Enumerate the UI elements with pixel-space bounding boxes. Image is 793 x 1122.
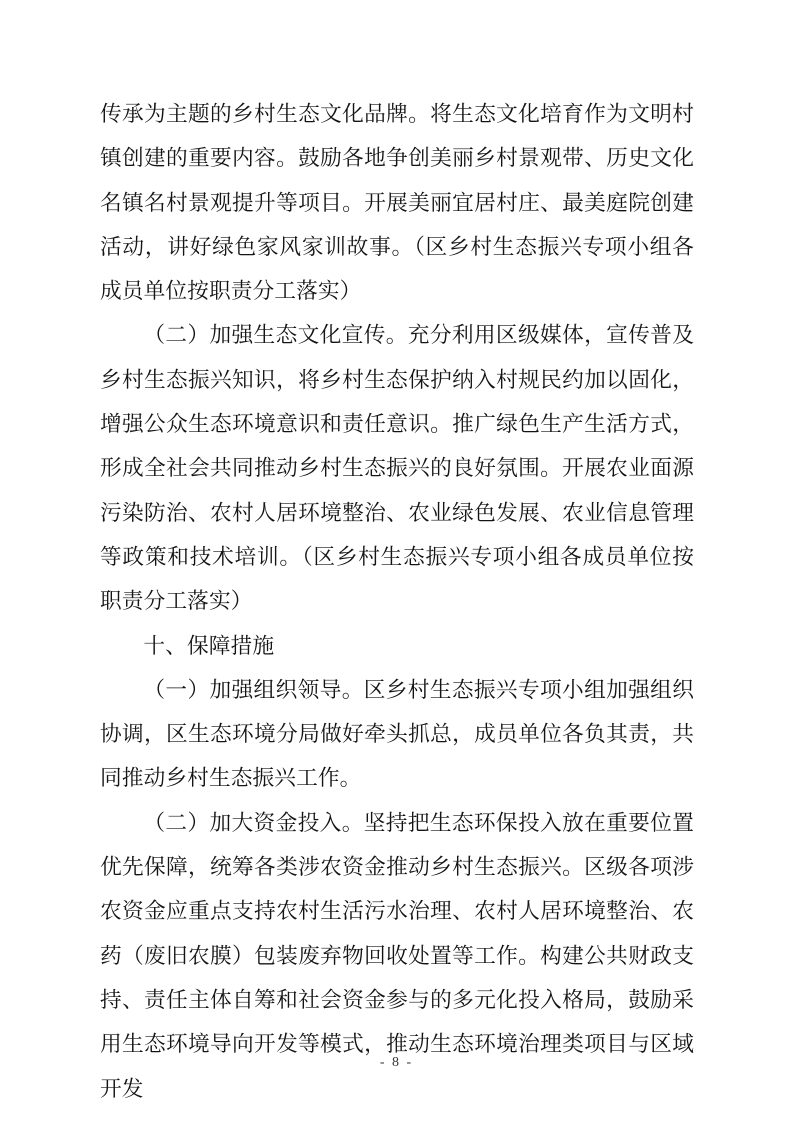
paragraph-eco-culture-promotion: （二）加强生态文化宣传。充分利用区级媒体，宣传普及乡村生态振兴知识，将乡村生态保… <box>100 313 694 623</box>
document-page: 传承为主题的乡村生态文化品牌。将生态文化培育作为文明村镇创建的重要内容。鼓励各地… <box>0 0 793 1122</box>
page-number: - 8 - <box>380 1055 413 1070</box>
paragraph-continuation: 传承为主题的乡村生态文化品牌。将生态文化培育作为文明村镇创建的重要内容。鼓励各地… <box>100 92 694 313</box>
document-body: 传承为主题的乡村生态文化品牌。将生态文化培育作为文明村镇创建的重要内容。鼓励各地… <box>100 92 694 1111</box>
section-heading-safeguard-measures: 十、保障措施 <box>100 624 694 668</box>
paragraph-strengthen-org-leadership: （一）加强组织领导。区乡村生态振兴专项小组加强组织协调，区生态环境分局做好牵头抓… <box>100 668 694 801</box>
page-footer: - 8 - <box>0 1053 793 1071</box>
